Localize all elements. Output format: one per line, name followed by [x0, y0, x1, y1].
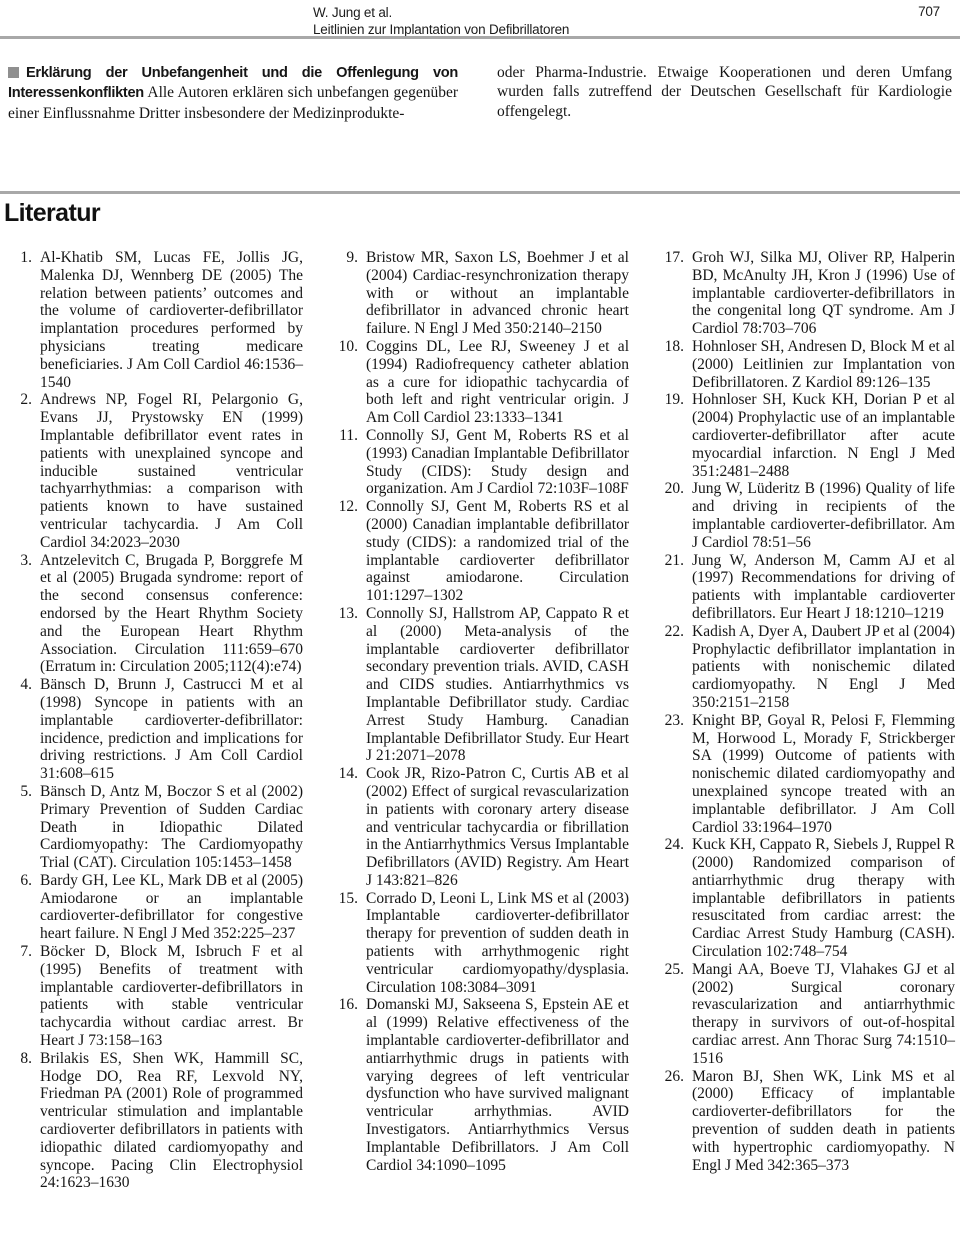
reference-item: 17.Groh WJ, Silka MJ, Oliver RP, Halperi… [660, 249, 955, 338]
reference-text: Coggins DL, Lee RJ, Sweeney J et al (199… [366, 338, 629, 427]
reference-text: Brilakis ES, Shen WK, Hammill SC, Hodge … [40, 1050, 303, 1192]
reference-item: 23.Knight BP, Goyal R, Pelosi F, Flemmin… [660, 712, 955, 837]
reference-column: 17.Groh WJ, Silka MJ, Oliver RP, Halperi… [660, 249, 955, 1192]
reference-column: 9.Bristow MR, Saxon LS, Boehmer J et al … [334, 249, 629, 1192]
reference-item: 16.Domanski MJ, Sakseena S, Epstein AE e… [334, 996, 629, 1174]
reference-item: 25.Mangi AA, Boeve TJ, Vlahakes GJ et al… [660, 961, 955, 1068]
reference-column: 1.Al-Khatib SM, Lucas FE, Jollis JG, Mal… [8, 249, 303, 1192]
reference-text: Connolly SJ, Gent M, Roberts RS et al (1… [366, 427, 629, 498]
reference-text: Connolly SJ, Gent M, Roberts RS et al (2… [366, 498, 629, 605]
reference-text: Kadish A, Dyer A, Daubert JP et al (2004… [692, 623, 955, 712]
disclosure-paragraph-right: oder Pharma-Industrie. Etwaige Kooperati… [497, 63, 952, 123]
literature-heading: Literatur [4, 199, 100, 228]
reference-number: 19. [660, 391, 684, 480]
reference-item: 12.Connolly SJ, Gent M, Roberts RS et al… [334, 498, 629, 605]
reference-item: 20.Jung W, Lüderitz B (1996) Quality of … [660, 480, 955, 551]
reference-text: Domanski MJ, Sakseena S, Epstein AE et a… [366, 996, 629, 1174]
reference-text: Knight BP, Goyal R, Pelosi F, Flemming M… [692, 712, 955, 837]
reference-number: 2. [8, 391, 32, 551]
reference-text: Hohnloser SH, Andresen D, Block M et al … [692, 338, 955, 391]
reference-number: 25. [660, 961, 684, 1068]
reference-item: 24.Kuck KH, Cappato R, Siebels J, Ruppel… [660, 836, 955, 961]
reference-text: Bristow MR, Saxon LS, Boehmer J et al (2… [366, 249, 629, 338]
running-head: W. Jung et al. Leitlinien zur Implantati… [313, 4, 569, 38]
reference-number: 26. [660, 1068, 684, 1175]
reference-text: Kuck KH, Cappato R, Siebels J, Ruppel R … [692, 836, 955, 961]
reference-number: 4. [8, 676, 32, 783]
section-rule-divider [0, 191, 960, 194]
reference-text: Jung W, Lüderitz B (1996) Quality of lif… [692, 480, 955, 551]
reference-number: 10. [334, 338, 358, 427]
reference-item: 19.Hohnloser SH, Kuck KH, Dorian P et al… [660, 391, 955, 480]
reference-text: Antzelevitch C, Brugada P, Borggrefe M e… [40, 552, 303, 677]
reference-number: 5. [8, 783, 32, 872]
reference-text: Cook JR, Rizo-Patron C, Curtis AB et al … [366, 765, 629, 890]
reference-number: 21. [660, 552, 684, 623]
reference-item: 4.Bänsch D, Brunn J, Castrucci M et al (… [8, 676, 303, 783]
reference-item: 21.Jung W, Anderson M, Camm AJ et al (19… [660, 552, 955, 623]
page-number: 707 [918, 4, 940, 19]
reference-text: Jung W, Anderson M, Camm AJ et al (1997)… [692, 552, 955, 623]
reference-item: 9.Bristow MR, Saxon LS, Boehmer J et al … [334, 249, 629, 338]
reference-number: 8. [8, 1050, 32, 1192]
reference-item: 15.Corrado D, Leoni L, Link MS et al (20… [334, 890, 629, 997]
reference-item: 22.Kadish A, Dyer A, Daubert JP et al (2… [660, 623, 955, 712]
reference-number: 16. [334, 996, 358, 1174]
reference-number: 22. [660, 623, 684, 712]
reference-item: 18.Hohnloser SH, Andresen D, Block M et … [660, 338, 955, 391]
reference-number: 3. [8, 552, 32, 677]
header-rule-divider [0, 36, 960, 39]
reference-number: 12. [334, 498, 358, 605]
reference-number: 14. [334, 765, 358, 890]
reference-number: 13. [334, 605, 358, 765]
reference-number: 1. [8, 249, 32, 391]
reference-item: 14.Cook JR, Rizo-Patron C, Curtis AB et … [334, 765, 629, 890]
reference-item: 1.Al-Khatib SM, Lucas FE, Jollis JG, Mal… [8, 249, 303, 391]
reference-item: 2.Andrews NP, Fogel RI, Pelargonio G, Ev… [8, 391, 303, 551]
reference-text: Bänsch D, Antz M, Boczor S et al (2002) … [40, 783, 303, 872]
reference-item: 8.Brilakis ES, Shen WK, Hammill SC, Hodg… [8, 1050, 303, 1192]
reference-item: 3.Antzelevitch C, Brugada P, Borggrefe M… [8, 552, 303, 677]
reference-number: 18. [660, 338, 684, 391]
reference-text: Bardy GH, Lee KL, Mark DB et al (2005) A… [40, 872, 303, 943]
reference-number: 9. [334, 249, 358, 338]
reference-text: Andrews NP, Fogel RI, Pelargonio G, Evan… [40, 391, 303, 551]
reference-text: Böcker D, Block M, Isbruch F et al (1995… [40, 943, 303, 1050]
reference-text: Maron BJ, Shen WK, Link MS et al (2000) … [692, 1068, 955, 1175]
reference-text: Al-Khatib SM, Lucas FE, Jollis JG, Malen… [40, 249, 303, 391]
reference-item: 5.Bänsch D, Antz M, Boczor S et al (2002… [8, 783, 303, 872]
running-head-author: W. Jung et al. [313, 4, 569, 21]
reference-text: Mangi AA, Boeve TJ, Vlahakes GJ et al (2… [692, 961, 955, 1068]
reference-item: 26.Maron BJ, Shen WK, Link MS et al (200… [660, 1068, 955, 1175]
reference-item: 11.Connolly SJ, Gent M, Roberts RS et al… [334, 427, 629, 498]
reference-number: 20. [660, 480, 684, 551]
reference-item: 7.Böcker D, Block M, Isbruch F et al (19… [8, 943, 303, 1050]
reference-number: 23. [660, 712, 684, 837]
reference-item: 6.Bardy GH, Lee KL, Mark DB et al (2005)… [8, 872, 303, 943]
reference-text: Groh WJ, Silka MJ, Oliver RP, Halperin B… [692, 249, 955, 338]
square-bullet-icon [8, 67, 19, 78]
disclosure-paragraph-left: Erklärung der Unbefangenheit und die Off… [8, 63, 458, 123]
reference-item: 10.Coggins DL, Lee RJ, Sweeney J et al (… [334, 338, 629, 427]
reference-number: 17. [660, 249, 684, 338]
reference-number: 7. [8, 943, 32, 1050]
reference-number: 15. [334, 890, 358, 997]
reference-text: Bänsch D, Brunn J, Castrucci M et al (19… [40, 676, 303, 783]
disclosure-section: Erklärung der Unbefangenheit und die Off… [8, 63, 952, 123]
reference-number: 24. [660, 836, 684, 961]
reference-number: 11. [334, 427, 358, 498]
reference-text: Hohnloser SH, Kuck KH, Dorian P et al (2… [692, 391, 955, 480]
reference-item: 13.Connolly SJ, Hallstrom AP, Cappato R … [334, 605, 629, 765]
reference-list: 1.Al-Khatib SM, Lucas FE, Jollis JG, Mal… [8, 249, 954, 1192]
reference-text: Connolly SJ, Hallstrom AP, Cappato R et … [366, 605, 629, 765]
reference-text: Corrado D, Leoni L, Link MS et al (2003)… [366, 890, 629, 997]
reference-number: 6. [8, 872, 32, 943]
